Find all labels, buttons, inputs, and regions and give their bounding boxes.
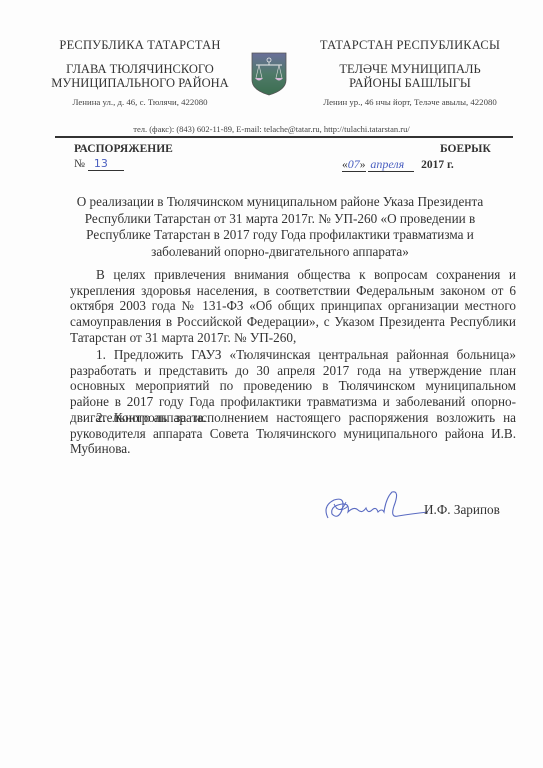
order-type-tt: БОЕРЫК xyxy=(440,143,491,155)
header-right-title: ТАТАРСТАН РЕСПУБЛИКАСЫ xyxy=(305,38,515,53)
header-left-address: Ленина ул., д. 46, с. Тюлячи, 422080 xyxy=(40,97,240,107)
order-type-ru: РАСПОРЯЖЕНИЕ xyxy=(74,143,173,155)
header-right-address: Ленин ур., 46 нчы йорт, Теләче авылы, 42… xyxy=(305,97,515,107)
header-left-line2: МУНИЦИПАЛЬНОГО РАЙОНА xyxy=(40,76,240,90)
header-right-block: ТАТАРСТАН РЕСПУБЛИКАСЫ ТЕЛӘЧЕ МУНИЦИПАЛЬ… xyxy=(305,38,515,107)
header-right-line1: ТЕЛӘЧЕ МУНИЦИПАЛЬ xyxy=(305,62,515,76)
header-right-line2: РАЙОНЫ БАШЛЫГЫ xyxy=(305,76,515,90)
header-divider xyxy=(55,136,513,138)
number-prefix: № xyxy=(74,158,85,170)
header-left-block: РЕСПУБЛИКА ТАТАРСТАН ГЛАВА ТЮЛЯЧИНСКОГО … xyxy=(40,38,240,107)
order-date: «07» апреля 2017 г. xyxy=(342,157,454,172)
coat-of-arms-icon xyxy=(250,50,288,96)
header-left-org: ГЛАВА ТЮЛЯЧИНСКОГО МУНИЦИПАЛЬНОГО РАЙОНА xyxy=(40,62,240,90)
signatory-name: И.Ф. Зарипов xyxy=(424,502,500,518)
handwritten-day: 07 xyxy=(348,157,360,171)
preamble-paragraph: В целях привлечения внимания общества к … xyxy=(70,267,516,346)
contact-line: тел. (факс): (843) 602-11-89, E-mail: te… xyxy=(0,124,543,134)
header-left-line1: ГЛАВА ТЮЛЯЧИНСКОГО xyxy=(40,62,240,76)
date-day-field: «07» xyxy=(342,159,366,172)
header-right-org: ТЕЛӘЧЕ МУНИЦИПАЛЬ РАЙОНЫ БАШЛЫГЫ xyxy=(305,62,515,90)
preamble-text: В целях привлечения внимания общества к … xyxy=(70,267,516,345)
header-left-title: РЕСПУБЛИКА ТАТАРСТАН xyxy=(40,38,240,53)
handwritten-signature-icon xyxy=(320,488,430,528)
item-2-text: 2. Контроль за исполнением настоящего ра… xyxy=(70,410,516,456)
date-year: 2017 г. xyxy=(421,159,454,171)
order-number: № 13 xyxy=(74,157,124,170)
handwritten-month: апреля xyxy=(368,157,414,172)
item-2-paragraph: 2. Контроль за исполнением настоящего ра… xyxy=(70,410,516,457)
order-subject: О реализации в Тюлячинском муниципальном… xyxy=(70,194,490,260)
quote-close: » xyxy=(360,159,366,171)
handwritten-number: 13 xyxy=(88,157,124,171)
